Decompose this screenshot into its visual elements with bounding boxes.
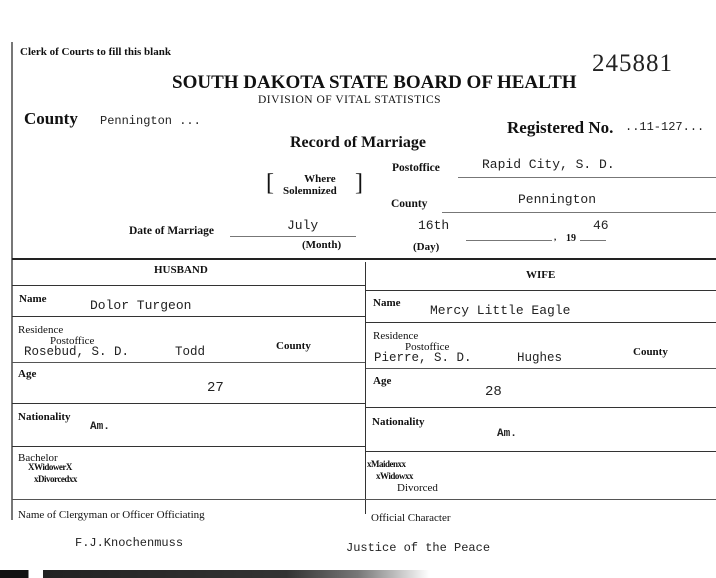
wife-status-widow-struck: xWidowxx <box>376 471 413 481</box>
solemnized-county-value: Pennington <box>518 192 596 207</box>
month-label: (Month) <box>302 239 341 251</box>
husband-postoffice-value: Rosebud, S. D. <box>24 345 129 359</box>
official-character-label: Official Character <box>371 512 451 524</box>
wife-status-maiden-struck: xMaidenxx <box>367 459 406 469</box>
husband-county-value: Todd <box>175 345 205 359</box>
postoffice-label: Postoffice <box>392 162 440 174</box>
wife-age-rule <box>366 407 716 408</box>
husband-county-label: County <box>276 340 311 352</box>
solemnized-county-underline <box>442 212 716 213</box>
husband-nationality-value: Am. <box>90 421 110 433</box>
county-value: Pennington ... <box>100 114 201 128</box>
wife-county-value: Hughes <box>517 351 562 365</box>
husband-residence-rule <box>12 362 365 363</box>
day-value: 16th <box>418 218 449 233</box>
wife-name-label: Name <box>373 297 401 309</box>
registered-value: ..11-127... <box>625 120 704 134</box>
wife-name-value: Mercy Little Eagle <box>430 303 570 318</box>
day-label: (Day) <box>413 241 439 253</box>
wife-heading-rule <box>366 290 716 291</box>
husband-heading: HUSBAND <box>154 264 208 276</box>
wife-county-label: County <box>633 346 668 358</box>
wife-heading: WIFE <box>526 269 555 281</box>
wife-age-label: Age <box>373 375 391 387</box>
officiant-name-label: Name of Clergyman or Officer Officiating <box>18 509 205 521</box>
wife-nationality-value: Am. <box>497 428 517 440</box>
husband-heading-rule <box>12 285 365 286</box>
bracket-left: [ <box>266 170 274 197</box>
month-value: July <box>287 218 318 233</box>
postoffice-underline <box>458 177 716 178</box>
county-label: County <box>24 109 78 129</box>
husband-age-value: 27 <box>207 380 224 396</box>
year-value: 46 <box>593 218 609 233</box>
clerk-note: Clerk of Courts to fill this blank <box>20 46 171 58</box>
division-title: DIVISION OF VITAL STATISTICS <box>258 94 441 106</box>
husband-status-divorced-struck: xDivorcedxx <box>34 474 77 484</box>
husband-nationality-rule <box>12 446 365 447</box>
wife-postoffice-value: Pierre, S. D. <box>374 351 472 365</box>
year-underline <box>580 240 606 241</box>
husband-name-label: Name <box>19 293 47 305</box>
husband-age-rule <box>12 403 365 404</box>
solemnized-county-label: County <box>391 198 427 210</box>
official-character-value: Justice of the Peace <box>346 541 490 555</box>
table-top-rule <box>12 258 716 260</box>
wife-name-rule <box>366 322 716 323</box>
day-underline <box>466 240 552 241</box>
wife-nationality-rule <box>366 451 716 452</box>
husband-nationality-label: Nationality <box>18 411 71 423</box>
wife-nationality-label: Nationality <box>372 416 425 428</box>
column-divider <box>365 262 366 514</box>
record-title: Record of Marriage <box>290 134 426 152</box>
wife-status-divorced: Divorced <box>397 482 438 494</box>
table-bottom-rule <box>12 499 716 500</box>
postoffice-value: Rapid City, S. D. <box>482 157 615 172</box>
wife-age-value: 28 <box>485 384 502 400</box>
date-label: Date of Marriage <box>129 225 214 237</box>
certificate-number: 245881 <box>592 50 673 78</box>
left-margin-rule <box>11 42 13 520</box>
registered-label: Registered No. <box>507 118 613 138</box>
bracket-right: ] <box>355 170 363 197</box>
year-comma: , <box>554 232 556 242</box>
husband-age-label: Age <box>18 368 36 380</box>
where-solemnized-label: Where Solemnized <box>283 173 337 197</box>
wife-residence-rule <box>366 368 716 369</box>
husband-name-rule <box>12 316 365 317</box>
board-title: SOUTH DAKOTA STATE BOARD OF HEALTH <box>172 72 577 94</box>
scan-edge-shadow <box>0 570 716 578</box>
husband-name-value: Dolor Turgeon <box>90 298 191 313</box>
year-prefix: 19 <box>566 233 576 244</box>
husband-status-widower-struck: XWidowerX <box>28 462 72 472</box>
officiant-name-value: F.J.Knochenmuss <box>75 536 183 550</box>
month-underline <box>230 236 356 237</box>
